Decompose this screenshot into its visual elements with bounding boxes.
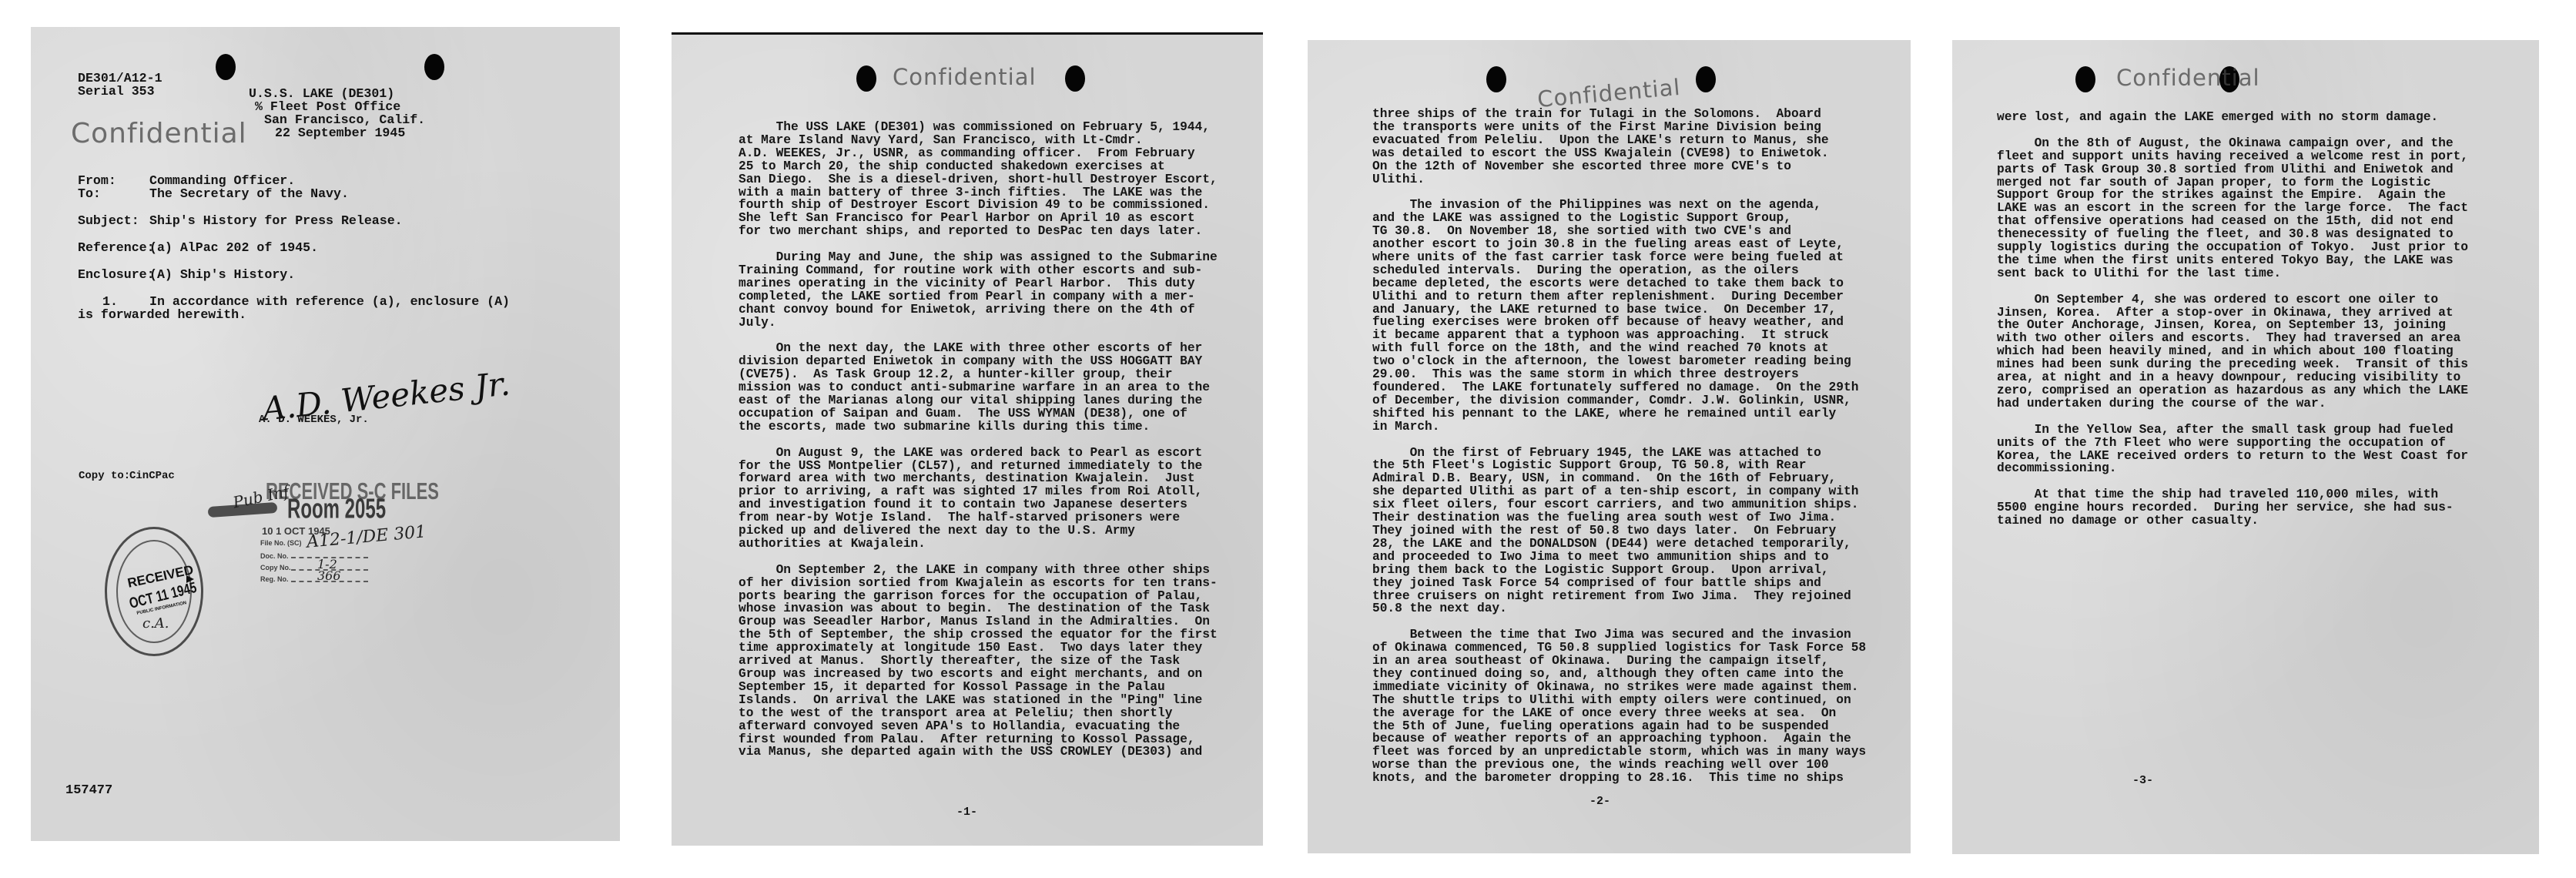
field-label-from: From: bbox=[78, 174, 116, 187]
text-line: the escorts, made two submarine kills du… bbox=[739, 421, 1218, 434]
files-stamp-row-label: Doc. No. bbox=[260, 552, 289, 560]
paragraph: In the Yellow Sea, after the small task … bbox=[1997, 424, 2468, 476]
paragraph: On the next day, the LAKE with three oth… bbox=[739, 342, 1218, 433]
text-line: On September 2, the LAKE in company with… bbox=[739, 564, 1218, 577]
text-line: the average for the LAKE of once every t… bbox=[1372, 707, 1866, 720]
text-line: 25 to March 20, the ship conducted shake… bbox=[739, 160, 1218, 173]
text-line: became depleted, the escorts were detach… bbox=[1372, 277, 1866, 290]
text-line: and proceeded to Iwo Jima to meet two am… bbox=[1372, 551, 1866, 564]
text-line: authorities at Kwajalein. bbox=[739, 538, 1218, 551]
history-page-3: Confidential were lost, and again the LA… bbox=[1952, 40, 2539, 854]
text-line: at Mare Island Navy Yard, San Francisco,… bbox=[739, 134, 1218, 147]
text-line: In the Yellow Sea, after the small task … bbox=[1997, 424, 2468, 437]
text-line: the Outer Anchorage, Jinsen, Korea, on S… bbox=[1997, 319, 2468, 332]
text-line: The USS LAKE (DE301) was commissioned on… bbox=[739, 121, 1218, 134]
text-line: They joined with the rest of 50.8 two da… bbox=[1372, 524, 1866, 538]
text-line: of December, the division commander, Com… bbox=[1372, 394, 1866, 407]
text-line: marines operating in the vicinity of Pea… bbox=[739, 277, 1218, 290]
text-line: forward area with two merchants, destina… bbox=[739, 472, 1218, 485]
text-line: with full force on the 18th, and the win… bbox=[1372, 342, 1866, 355]
text-line: zero, comprised an operation as hazardou… bbox=[1997, 384, 2468, 397]
text-line: it became apparent that a typhoon was ap… bbox=[1372, 329, 1866, 342]
text-line: She left San Francisco for Pearl Harbor … bbox=[739, 212, 1218, 225]
text-line: the 5th of September, the ship crossed t… bbox=[739, 628, 1218, 642]
text-line: were lost, and again the LAKE emerged wi… bbox=[1997, 111, 2468, 124]
text-line: the 5th of June, fueling operations agai… bbox=[1372, 720, 1866, 733]
text-line: Between the time that Iwo Jima was secur… bbox=[1372, 628, 1866, 642]
scribble-mark bbox=[208, 502, 278, 518]
text-line: time approximately at longitude 150 East… bbox=[739, 642, 1218, 655]
text-line: foundered. The LAKE fortunately suffered… bbox=[1372, 381, 1866, 394]
text-line: for the USS Montpelier (CL57), and retur… bbox=[739, 460, 1218, 473]
text-line: completed, the LAKE sortied from Pearl i… bbox=[739, 290, 1218, 303]
text-line: fleet was forced by an unpredictable sto… bbox=[1372, 746, 1866, 759]
text-line: chant convoy bound for Eniwetok, arrivin… bbox=[739, 303, 1218, 317]
paragraph: Between the time that Iwo Jima was secur… bbox=[1372, 628, 1866, 785]
paragraph: three ships of the train for Tulagi in t… bbox=[1372, 108, 1866, 186]
text-line: another escort to join 30.8 in the fueli… bbox=[1372, 238, 1866, 251]
files-stamp-row-label: Copy No. bbox=[260, 564, 291, 571]
text-line: had undertaken during the course of the … bbox=[1997, 397, 2468, 411]
text-line: she departed Ulithi as part of a ten-shi… bbox=[1372, 485, 1866, 498]
letter-page: DE301/A12-1 Serial 353 U.S.S. LAKE (DE30… bbox=[31, 27, 620, 841]
text-line: with a main battery of three 3-inch fift… bbox=[739, 186, 1218, 199]
confidential-stamp: Confidential bbox=[2116, 65, 2260, 91]
text-line: and the LAKE was assigned to the Logisti… bbox=[1372, 212, 1866, 225]
text-line: in March. bbox=[1372, 421, 1866, 434]
text-line: shifted his pennant to the LAKE, where h… bbox=[1372, 407, 1866, 421]
text-line: Islands. On arrival the LAKE was station… bbox=[739, 694, 1218, 707]
text-line: 29.00. This was the same storm in which … bbox=[1372, 368, 1866, 381]
punch-hole bbox=[1486, 66, 1506, 92]
paragraph-text: In accordance with reference (a), enclos… bbox=[149, 295, 510, 308]
text-line: two o'clock in the afternoon, the lowest… bbox=[1372, 355, 1866, 368]
files-stamp-reg-no: 366 bbox=[317, 568, 341, 583]
text-line: On the 8th of August, the Okinawa campai… bbox=[1997, 137, 2468, 150]
text-line: sent back to Ulithi for the last time. bbox=[1997, 267, 2468, 280]
text-line: Ulithi and to return them after replenis… bbox=[1372, 290, 1866, 303]
text-line: where units of the fast carrier task for… bbox=[1372, 251, 1866, 264]
paragraph: On September 4, she was ordered to escor… bbox=[1997, 293, 2468, 411]
punch-hole bbox=[1696, 66, 1716, 92]
paragraph: At that time the ship had traveled 110,0… bbox=[1997, 488, 2468, 528]
address-line: % Fleet Post Office bbox=[255, 100, 400, 113]
received-stamp-initials: c.A. bbox=[142, 615, 169, 632]
text-line: division departed Eniwetok in company wi… bbox=[739, 355, 1218, 368]
punch-hole bbox=[216, 54, 236, 80]
text-line: Group was increased by two escorts and e… bbox=[739, 668, 1218, 681]
field-label-subject: Subject: bbox=[78, 214, 139, 227]
text-line: (CVE75). As Task Group 12.2, a hunter-ki… bbox=[739, 368, 1218, 381]
text-line: three ships of the train for Tulagi in t… bbox=[1372, 108, 1866, 121]
text-line: merged not far south of Japan proper, to… bbox=[1997, 176, 2468, 189]
punch-hole bbox=[856, 65, 876, 92]
files-stamp-row-label: Reg. No. bbox=[260, 575, 289, 583]
text-line: to the west of the transport area at Pel… bbox=[739, 707, 1218, 720]
files-stamp-room: Room 2055 bbox=[287, 494, 386, 526]
punch-hole bbox=[424, 54, 444, 80]
text-line: On the first of February 1945, the LAKE … bbox=[1372, 447, 1866, 460]
history-text: three ships of the train for Tulagi in t… bbox=[1372, 108, 1866, 798]
field-label-enclosure: Enclosure: bbox=[78, 268, 155, 281]
text-line: which had been heavily mined, and in whi… bbox=[1997, 345, 2468, 358]
text-line: fleet and support units having received … bbox=[1997, 150, 2468, 163]
text-line: 50.8 the next day. bbox=[1372, 602, 1866, 615]
document-number: 157477 bbox=[65, 784, 112, 797]
history-page-2: Confidential three ships of the train fo… bbox=[1308, 40, 1911, 853]
text-line: 28, the LAKE and the DONALDSON (DE44) we… bbox=[1372, 538, 1866, 551]
text-line: tained no damage or other casualty. bbox=[1997, 514, 2468, 528]
text-line: six fleet oilers, four escort carriers, … bbox=[1372, 498, 1866, 511]
text-line: they continued doing so, and, although t… bbox=[1372, 668, 1866, 681]
text-line: occupation of Saipan and Guam. The USS W… bbox=[739, 407, 1218, 421]
text-line: Support Group for the strikes against th… bbox=[1997, 189, 2468, 202]
text-line: from near-by Wotje Island. The half-star… bbox=[739, 511, 1218, 524]
text-line: worse than the previous one, the winds r… bbox=[1372, 759, 1866, 772]
field-label-to: To: bbox=[78, 187, 101, 200]
copy-to-label: Copy to: bbox=[79, 470, 130, 483]
text-line: The shuttle trips to Ulithi with empty o… bbox=[1372, 694, 1866, 707]
text-line: On August 9, the LAKE was ordered back t… bbox=[739, 447, 1218, 460]
text-line: TG 30.8. On November 18, she sortied wit… bbox=[1372, 225, 1866, 238]
text-line: the transports were units of the First M… bbox=[1372, 121, 1866, 134]
confidential-stamp: Confidential bbox=[893, 64, 1037, 90]
text-line: supply logistics during the occupation o… bbox=[1997, 241, 2468, 254]
text-line: units of the 7th Fleet who were supporti… bbox=[1997, 437, 2468, 450]
text-line: fueling exercises were broken off becaus… bbox=[1372, 316, 1866, 329]
page-number: -1- bbox=[956, 806, 977, 819]
date-line: 22 September 1945 bbox=[275, 126, 405, 139]
text-line: Admiral D.B. Beary, USN, in command. On … bbox=[1372, 472, 1866, 485]
copy-to-value: CinCPac bbox=[129, 470, 175, 483]
text-line: area, at night and in a heavy downpour, … bbox=[1997, 371, 2468, 384]
history-page-1: Confidential The USS LAKE (DE301) was co… bbox=[672, 32, 1263, 846]
paragraph-number: 1. bbox=[102, 295, 118, 308]
text-line: east of the Marianas along our vital shi… bbox=[739, 394, 1218, 407]
paragraph: The USS LAKE (DE301) was commissioned on… bbox=[739, 121, 1218, 238]
file-code: DE301/A12-1 bbox=[78, 72, 162, 85]
text-line: via Manus, she departed again with the U… bbox=[739, 746, 1218, 759]
field-value-enclosure: (A) Ship's History. bbox=[149, 268, 295, 281]
field-value-reference: (a) AlPac 202 of 1945. bbox=[149, 241, 318, 254]
text-line: On the 12th of November she escorted thr… bbox=[1372, 160, 1866, 173]
text-line: mission was to conduct anti-submarine wa… bbox=[739, 381, 1218, 394]
text-line: mines had been sunk during the preceding… bbox=[1997, 358, 2468, 371]
text-line: During May and June, the ship was assign… bbox=[739, 251, 1218, 264]
field-label-reference: Reference: bbox=[78, 241, 155, 254]
address-line: U.S.S. LAKE (DE301) bbox=[249, 87, 394, 100]
text-line: The invasion of the Philippines was next… bbox=[1372, 199, 1866, 212]
text-line: On September 4, she was ordered to escor… bbox=[1997, 293, 2468, 307]
text-line: evacuated from Peleliu. Upon the LAKE's … bbox=[1372, 134, 1866, 147]
field-value-subject: Ship's History for Press Release. bbox=[149, 214, 403, 227]
text-line: in an area southeast of Okinawa. During … bbox=[1372, 655, 1866, 668]
text-line: afterward convoyed seven APA's to Hollan… bbox=[739, 720, 1218, 733]
stamp-pointer-icon bbox=[186, 575, 194, 583]
text-line: LAKE was an escort in the screen for the… bbox=[1997, 202, 2468, 215]
paragraph: On the 8th of August, the Okinawa campai… bbox=[1997, 137, 2468, 280]
text-line: immediate vicinity of Okinawa, no strike… bbox=[1372, 681, 1866, 694]
text-line: first wounded from Palau. After returnin… bbox=[739, 733, 1218, 746]
signatory-name: A. D. WEEKES, Jr. bbox=[259, 414, 369, 427]
page-number: -3- bbox=[2132, 774, 2153, 787]
paragraph: During May and June, the ship was assign… bbox=[739, 251, 1218, 329]
text-line: Jinsen, Korea. After a stop-over in Okin… bbox=[1997, 307, 2468, 320]
serial-number: Serial 353 bbox=[78, 85, 155, 98]
paragraph: The invasion of the Philippines was next… bbox=[1372, 199, 1866, 433]
text-line: for two merchant ships, and reported to … bbox=[739, 225, 1218, 238]
history-text: were lost, and again the LAKE emerged wi… bbox=[1997, 111, 2468, 541]
page-number: -2- bbox=[1589, 795, 1610, 808]
paragraph: were lost, and again the LAKE emerged wi… bbox=[1997, 111, 2468, 124]
text-line: the 5th Fleet's Logistic Support Group, … bbox=[1372, 459, 1866, 472]
text-line: On the next day, the LAKE with three oth… bbox=[739, 342, 1218, 355]
paragraph: On September 2, the LAKE in company with… bbox=[739, 564, 1218, 759]
text-line: prior to arriving, a raft was sighted 17… bbox=[739, 485, 1218, 498]
text-line: that offensive operations had ceased on … bbox=[1997, 215, 2468, 228]
text-line: was detailed to escort the USS Kwajalein… bbox=[1372, 147, 1866, 160]
text-line: Group was Seeadler Harbor, Manus Island … bbox=[739, 615, 1218, 628]
text-line: fourth ship of Destroyer Escort Division… bbox=[739, 199, 1218, 212]
text-line: picked up and delivered the next day to … bbox=[739, 524, 1218, 538]
punch-hole bbox=[1065, 65, 1085, 92]
address-line: San Francisco, Calif. bbox=[264, 113, 425, 126]
text-line: the time when the first units entered To… bbox=[1997, 254, 2468, 267]
received-date-stamp: RECEIVED OCT 11 1945 PUBLIC INFORMATION … bbox=[105, 527, 203, 656]
text-line: Their destination was the fueling area s… bbox=[1372, 511, 1866, 524]
text-line: scheduled intervals. During the operatio… bbox=[1372, 264, 1866, 277]
text-line: and investigation found it to contain tw… bbox=[739, 498, 1218, 511]
field-value-from: Commanding Officer. bbox=[149, 174, 295, 187]
text-line: because of weather reports of an approac… bbox=[1372, 732, 1866, 746]
text-line: At that time the ship had traveled 110,0… bbox=[1997, 488, 2468, 501]
text-line: San Diego. She is a diesel-driven, short… bbox=[739, 173, 1218, 186]
text-line: knots, and the barometer dropping to 28.… bbox=[1372, 772, 1866, 785]
text-line: Korea, the LAKE received orders to retur… bbox=[1997, 450, 2468, 463]
text-line: ports bearing the garrison forces for th… bbox=[739, 590, 1218, 603]
text-line: thenecessity of fueling the fleet, and 3… bbox=[1997, 228, 2468, 241]
confidential-stamp: Confidential bbox=[71, 118, 247, 149]
text-line: 5500 engine hours recorded. During her s… bbox=[1997, 501, 2468, 514]
text-line: and January, the LAKE returned to base t… bbox=[1372, 303, 1866, 317]
text-line: July. bbox=[739, 317, 1218, 330]
text-line: Training Command, for routine work with … bbox=[739, 264, 1218, 277]
text-line: three cruisers on night retirement from … bbox=[1372, 590, 1866, 603]
paragraph: On August 9, the LAKE was ordered back t… bbox=[739, 447, 1218, 551]
paragraph-text: is forwarded herewith. bbox=[78, 308, 246, 321]
text-line: parts of Task Group 30.8 sortied from Ul… bbox=[1997, 163, 2468, 176]
text-line: they joined Task Force 54 comprised of f… bbox=[1372, 577, 1866, 590]
text-line: of Okinawa commenced, TG 50.8 supplied l… bbox=[1372, 642, 1866, 655]
text-line: A.D. WEEKES, Jr., USNR, as commanding of… bbox=[739, 147, 1218, 160]
text-line: bring them back to the Logistic Support … bbox=[1372, 564, 1866, 577]
field-value-to: The Secretary of the Navy. bbox=[149, 187, 349, 200]
text-line: Ulithi. bbox=[1372, 173, 1866, 186]
text-line: arrived at Manus. Shortly thereafter, th… bbox=[739, 655, 1218, 668]
text-line: of her division sortied from Kwajalein a… bbox=[739, 577, 1218, 590]
paragraph: On the first of February 1945, the LAKE … bbox=[1372, 447, 1866, 616]
files-stamp-fileno-label: File No. (SC) bbox=[260, 539, 302, 547]
punch-hole bbox=[2075, 66, 2095, 92]
history-text: The USS LAKE (DE301) was commissioned on… bbox=[739, 121, 1218, 772]
text-line: decommissioning. bbox=[1997, 462, 2468, 475]
text-line: whose invasion was about to begin. The d… bbox=[739, 602, 1218, 615]
text-line: September 15, it departed for Kossol Pas… bbox=[739, 681, 1218, 694]
text-line: with two other oilers and escorts. They … bbox=[1997, 332, 2468, 345]
